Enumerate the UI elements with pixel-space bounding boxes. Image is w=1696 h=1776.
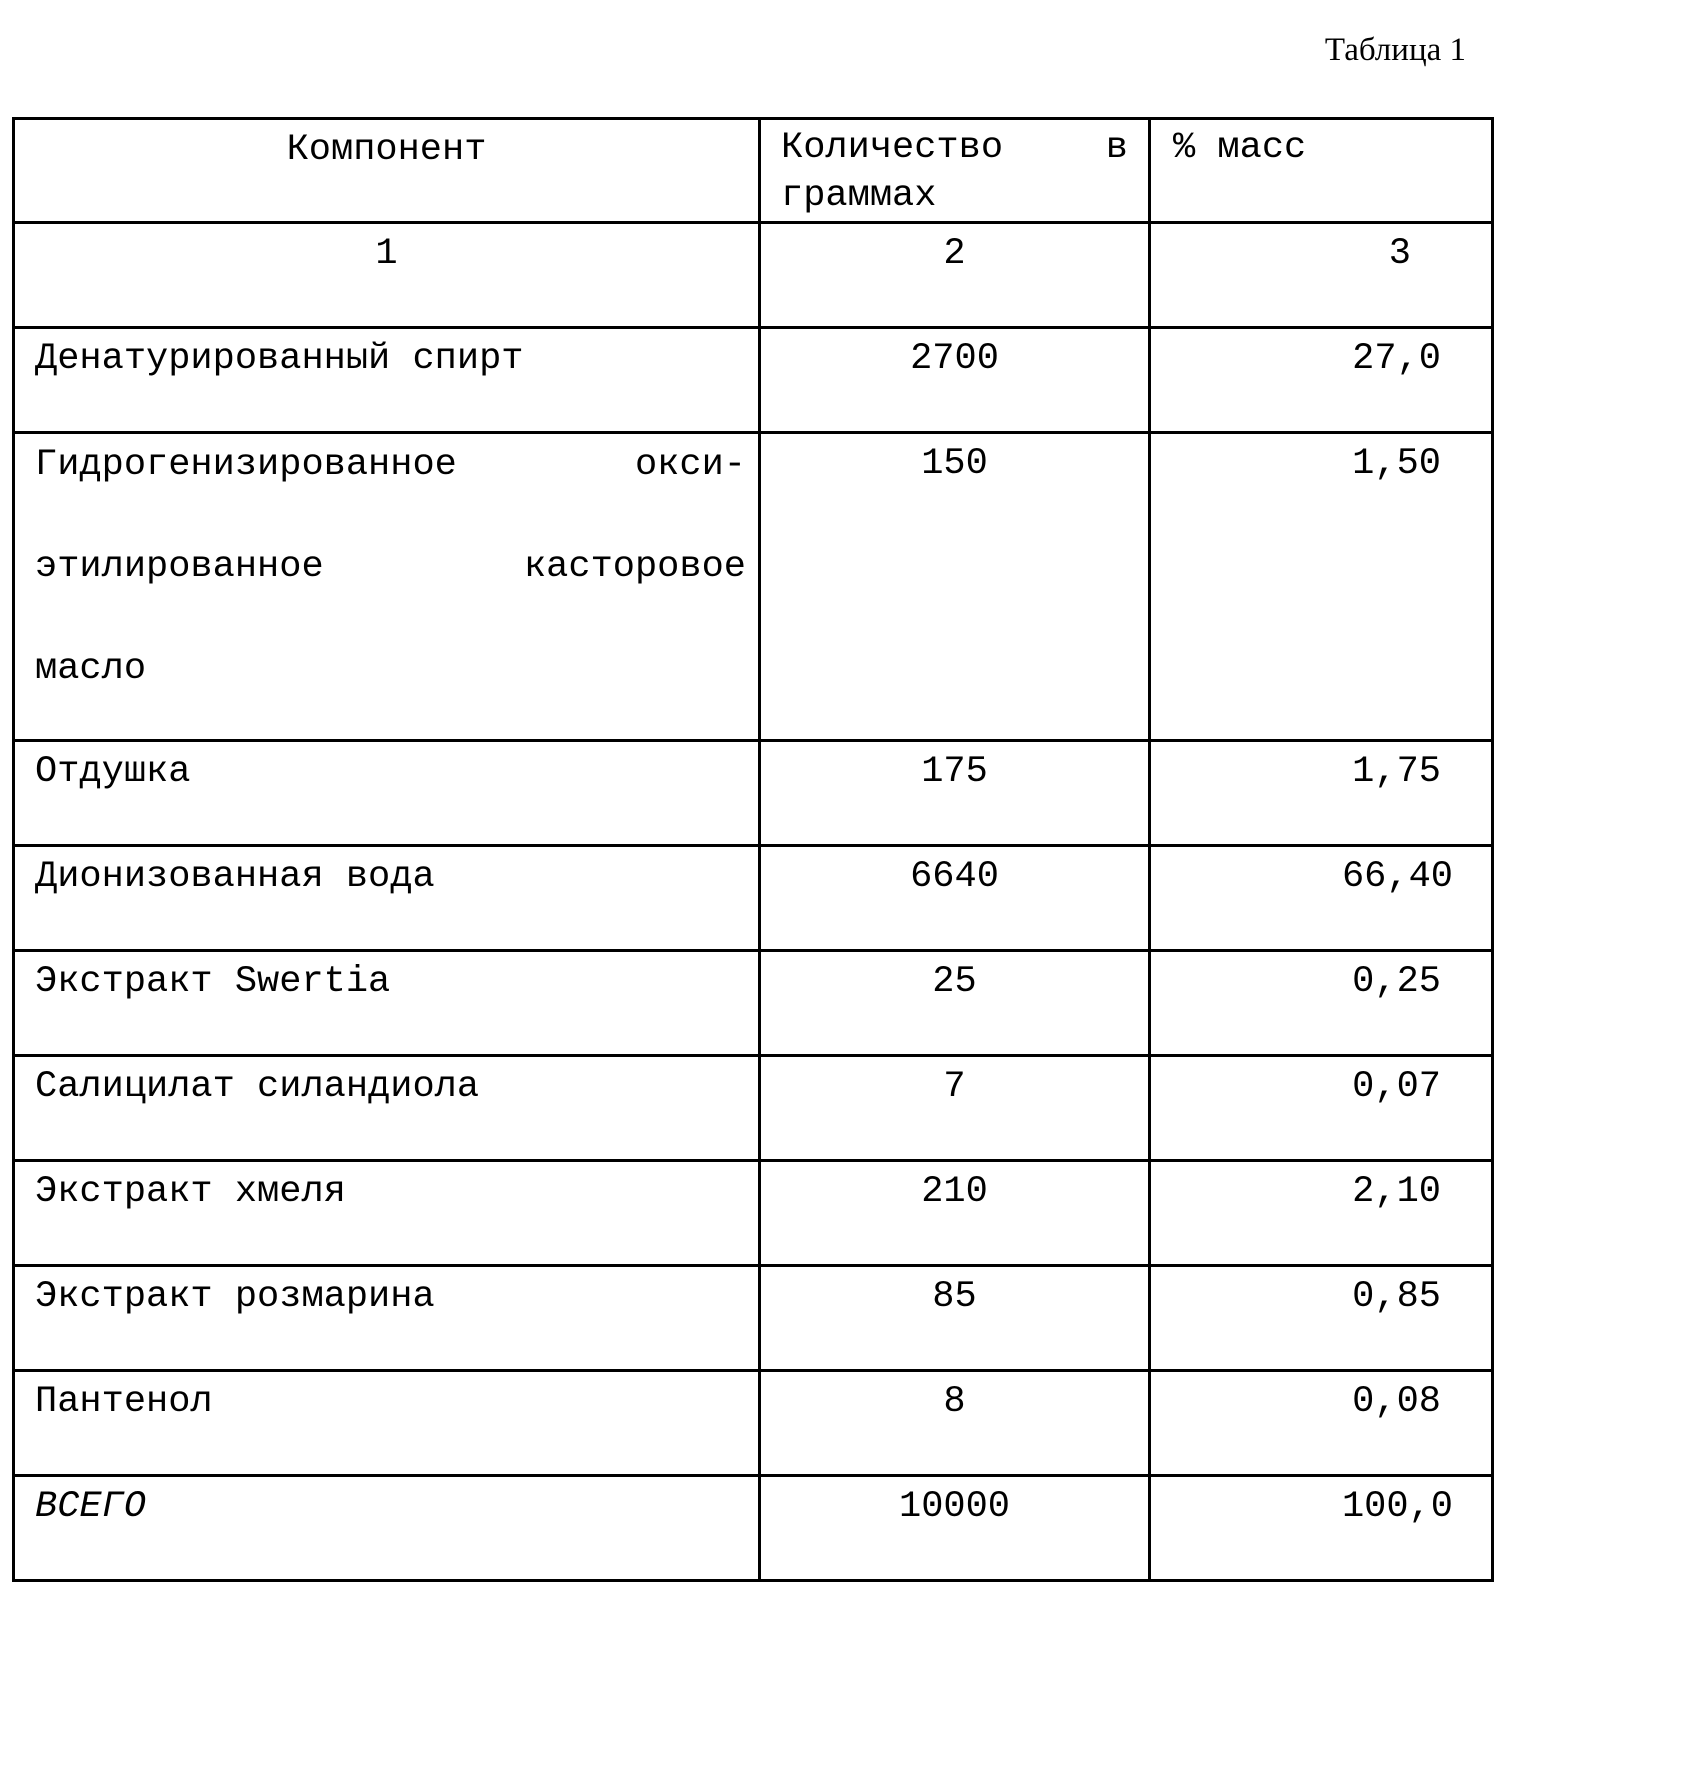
component-name: Экстракт Swertia (15, 952, 758, 1006)
quantity-cell: 7 (760, 1056, 1150, 1161)
percent-mass: 0,08 (1151, 1372, 1491, 1426)
composition-table: Компонент Количество в граммах % масс 1 … (12, 117, 1494, 1582)
quantity-cell: 8 (760, 1371, 1150, 1476)
total-row: ВСЕГО 10000 100,0 (14, 1476, 1493, 1581)
total-label-cell: ВСЕГО (14, 1476, 760, 1581)
component-name: Экстракт розмарина (15, 1267, 758, 1321)
component-name: Экстракт хмеля (15, 1162, 758, 1216)
table-row: Дионизованная вода664066,40 (14, 846, 1493, 951)
header-quantity-label: Количество в граммах (761, 120, 1148, 220)
percent-cell: 1,75 (1150, 741, 1493, 846)
column-number-cell: 3 (1150, 223, 1493, 328)
total-label: ВСЕГО (15, 1477, 758, 1531)
percent-cell: 2,10 (1150, 1161, 1493, 1266)
table-row: Экстракт хмеля2102,10 (14, 1161, 1493, 1266)
percent-cell: 0,08 (1150, 1371, 1493, 1476)
table-row: Экстракт розмарина850,85 (14, 1266, 1493, 1371)
percent-mass: 0,25 (1151, 952, 1491, 1006)
quantity-grams: 7 (761, 1057, 1148, 1111)
component-cell: Экстракт розмарина (14, 1266, 760, 1371)
percent-cell: 1,50 (1150, 433, 1493, 741)
percent-mass: 0,07 (1151, 1057, 1491, 1111)
component-cell: Экстракт хмеля (14, 1161, 760, 1266)
component-cell: Экстракт Swertia (14, 951, 760, 1056)
total-quantity: 10000 (761, 1477, 1148, 1531)
quantity-grams: 8 (761, 1372, 1148, 1426)
component-name: Отдушка (15, 742, 758, 796)
percent-mass: 2,10 (1151, 1162, 1491, 1216)
quantity-cell: 2700 (760, 328, 1150, 433)
table-row: Гидрогенизированное окси-этилированное к… (14, 433, 1493, 741)
quantity-grams: 85 (761, 1267, 1148, 1321)
percent-mass: 1,50 (1151, 434, 1491, 488)
percent-mass: 0,85 (1151, 1267, 1491, 1321)
column-number-1: 1 (15, 224, 758, 278)
quantity-grams: 175 (761, 742, 1148, 796)
percent-mass: 66,40 (1151, 847, 1491, 901)
column-number-cell: 2 (760, 223, 1150, 328)
percent-cell: 0,85 (1150, 1266, 1493, 1371)
percent-cell: 0,07 (1150, 1056, 1493, 1161)
percent-cell: 27,0 (1150, 328, 1493, 433)
component-name: Дионизованная вода (15, 847, 758, 901)
column-number-cell: 1 (14, 223, 760, 328)
component-cell: Денатурированный спирт (14, 328, 760, 433)
component-name-line: масло (35, 618, 746, 720)
quantity-cell: 150 (760, 433, 1150, 741)
percent-cell: 66,40 (1150, 846, 1493, 951)
quantity-cell: 25 (760, 951, 1150, 1056)
percent-mass: 27,0 (1151, 329, 1491, 383)
component-name: Пантенол (15, 1372, 758, 1426)
total-quantity-cell: 10000 (760, 1476, 1150, 1581)
quantity-grams: 6640 (761, 847, 1148, 901)
component-name-line: этилированное касторовое (35, 516, 746, 618)
header-component: Компонент (14, 119, 760, 223)
table-row: Отдушка1751,75 (14, 741, 1493, 846)
header-percent: % масс (1150, 119, 1493, 223)
component-cell: Отдушка (14, 741, 760, 846)
header-row: Компонент Количество в граммах % масс (14, 119, 1493, 223)
percent-cell: 0,25 (1150, 951, 1493, 1056)
table-row: Экстракт Swertia250,25 (14, 951, 1493, 1056)
table-row: Салицилат силандиола70,07 (14, 1056, 1493, 1161)
quantity-cell: 210 (760, 1161, 1150, 1266)
table-body: Денатурированный спирт270027,0Гидрогениз… (14, 328, 1493, 1476)
total-percent-cell: 100,0 (1150, 1476, 1493, 1581)
header-quantity: Количество в граммах (760, 119, 1150, 223)
quantity-grams: 210 (761, 1162, 1148, 1216)
component-name: Гидрогенизированное окси-этилированное к… (15, 433, 758, 721)
table-row: Денатурированный спирт270027,0 (14, 328, 1493, 433)
component-cell: Дионизованная вода (14, 846, 760, 951)
quantity-grams: 25 (761, 952, 1148, 1006)
component-name: Салицилат силандиола (15, 1057, 758, 1111)
quantity-cell: 175 (760, 741, 1150, 846)
column-number-2: 2 (761, 224, 1148, 278)
component-cell: Пантенол (14, 1371, 760, 1476)
column-number-3: 3 (1151, 224, 1491, 278)
column-number-row: 1 2 3 (14, 223, 1493, 328)
quantity-cell: 6640 (760, 846, 1150, 951)
component-cell: Гидрогенизированное окси-этилированное к… (14, 433, 760, 741)
component-name-line: Гидрогенизированное окси- (35, 433, 746, 517)
table-row: Пантенол80,08 (14, 1371, 1493, 1476)
quantity-cell: 85 (760, 1266, 1150, 1371)
total-percent: 100,0 (1151, 1477, 1491, 1531)
component-name: Денатурированный спирт (15, 329, 758, 383)
header-component-label: Компонент (15, 120, 758, 174)
quantity-grams: 2700 (761, 329, 1148, 383)
component-cell: Салицилат силандиола (14, 1056, 760, 1161)
percent-mass: 1,75 (1151, 742, 1491, 796)
quantity-grams: 150 (761, 434, 1148, 488)
header-percent-label: % масс (1151, 120, 1491, 172)
table-caption: Таблица 1 (1325, 30, 1466, 70)
